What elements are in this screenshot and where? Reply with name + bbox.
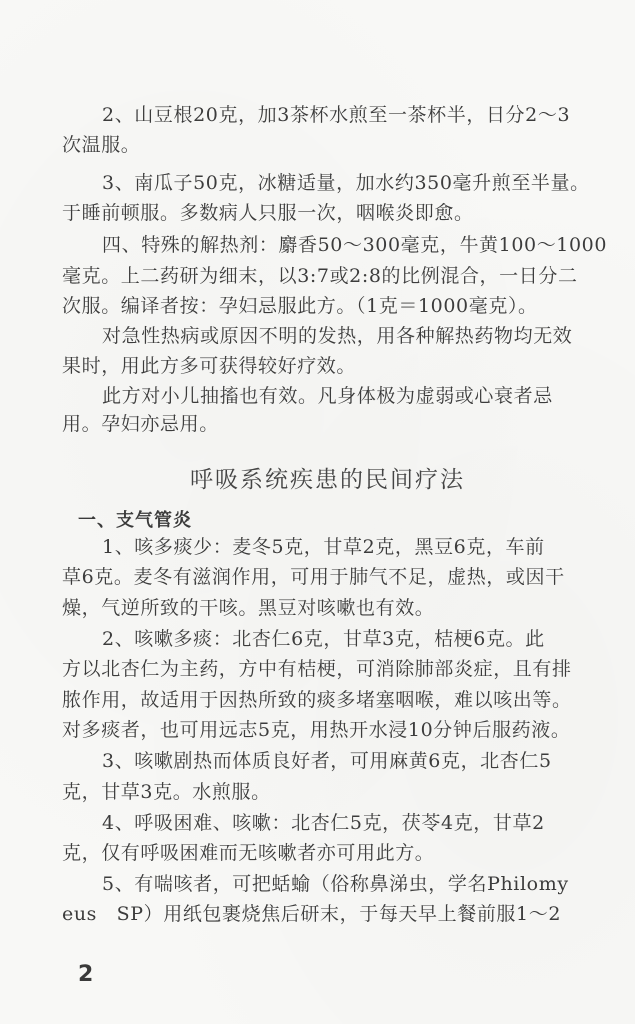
text-line: 果时，用此方多可获得较好疗效。 bbox=[62, 354, 617, 378]
text-line: 2、山豆根20克，加3茶杯水煎至一茶杯半，日分2～3 bbox=[102, 103, 617, 127]
text-line: 此方对小儿抽搐也有效。凡身体极为虚弱或心衰者忌 bbox=[102, 384, 617, 408]
text-line: 次温服。 bbox=[62, 133, 617, 157]
text-line: 对多痰者，也可用远志5克，用热开水浸10分钟后服药液。 bbox=[62, 718, 617, 742]
subsection-heading: 一、支气管炎 bbox=[78, 506, 192, 532]
text-line: 5、有喘咳者，可把蛞蝓（俗称鼻涕虫，学名Philomy bbox=[102, 872, 617, 896]
text-line: 4、呼吸困难、咳嗽：北杏仁5克，茯苓4克，甘草2 bbox=[102, 811, 617, 835]
text-line: 脓作用，故适用于因热所致的痰多堵塞咽喉，难以咳出等。 bbox=[62, 688, 617, 712]
text-line: 草6克。麦冬有滋润作用，可用于肺气不足，虚热，或因干 bbox=[62, 565, 617, 589]
text-line: 燥，气逆所致的干咳。黑豆对咳嗽也有效。 bbox=[62, 596, 617, 620]
text-line: 于睡前顿服。多数病人只服一次，咽喉炎即愈。 bbox=[62, 201, 617, 225]
text-line: 3、南瓜子50克，冰糖适量，加水约350毫升煎至半量。 bbox=[102, 171, 617, 195]
text-line: 用。孕妇亦忌用。 bbox=[62, 412, 617, 436]
text-line: 1、咳多痰少：麦冬5克，甘草2克，黑豆6克，车前 bbox=[102, 535, 617, 559]
text-line: 克，仅有呼吸困难而无咳嗽者亦可用此方。 bbox=[62, 841, 617, 865]
text-line: 2、咳嗽多痰：北杏仁6克，甘草3克，桔梗6克。此 bbox=[102, 627, 617, 651]
text-line: eus SP）用纸包裹烧焦后研末，于每天早上餐前服1～2 bbox=[62, 902, 617, 926]
book-page: 2、山豆根20克，加3茶杯水煎至一茶杯半，日分2～3 次温服。 3、南瓜子50克… bbox=[0, 0, 635, 1024]
text-line: 四、特殊的解热剂：麝香50～300毫克，牛黄100～1000 bbox=[102, 233, 617, 257]
text-line: 毫克。上二药研为细末，以3:7或2:8的比例混合，一日分二 bbox=[62, 264, 617, 288]
text-line: 克，甘草3克。水煎服。 bbox=[62, 780, 617, 804]
page-number: 2 bbox=[78, 962, 93, 987]
text-line: 方以北杏仁为主药，方中有桔梗，可消除肺部炎症，且有排 bbox=[62, 657, 617, 681]
section-title: 呼吸系统疾患的民间疗法 bbox=[0, 461, 635, 494]
text-line: 次服。编译者按：孕妇忌服此方。（1克＝1000毫克）。 bbox=[62, 294, 617, 318]
text-line: 对急性热病或原因不明的发热，用各种解热药物均无效 bbox=[102, 324, 617, 348]
text-line: 3、咳嗽剧热而体质良好者，可用麻黄6克，北杏仁5 bbox=[102, 749, 617, 773]
